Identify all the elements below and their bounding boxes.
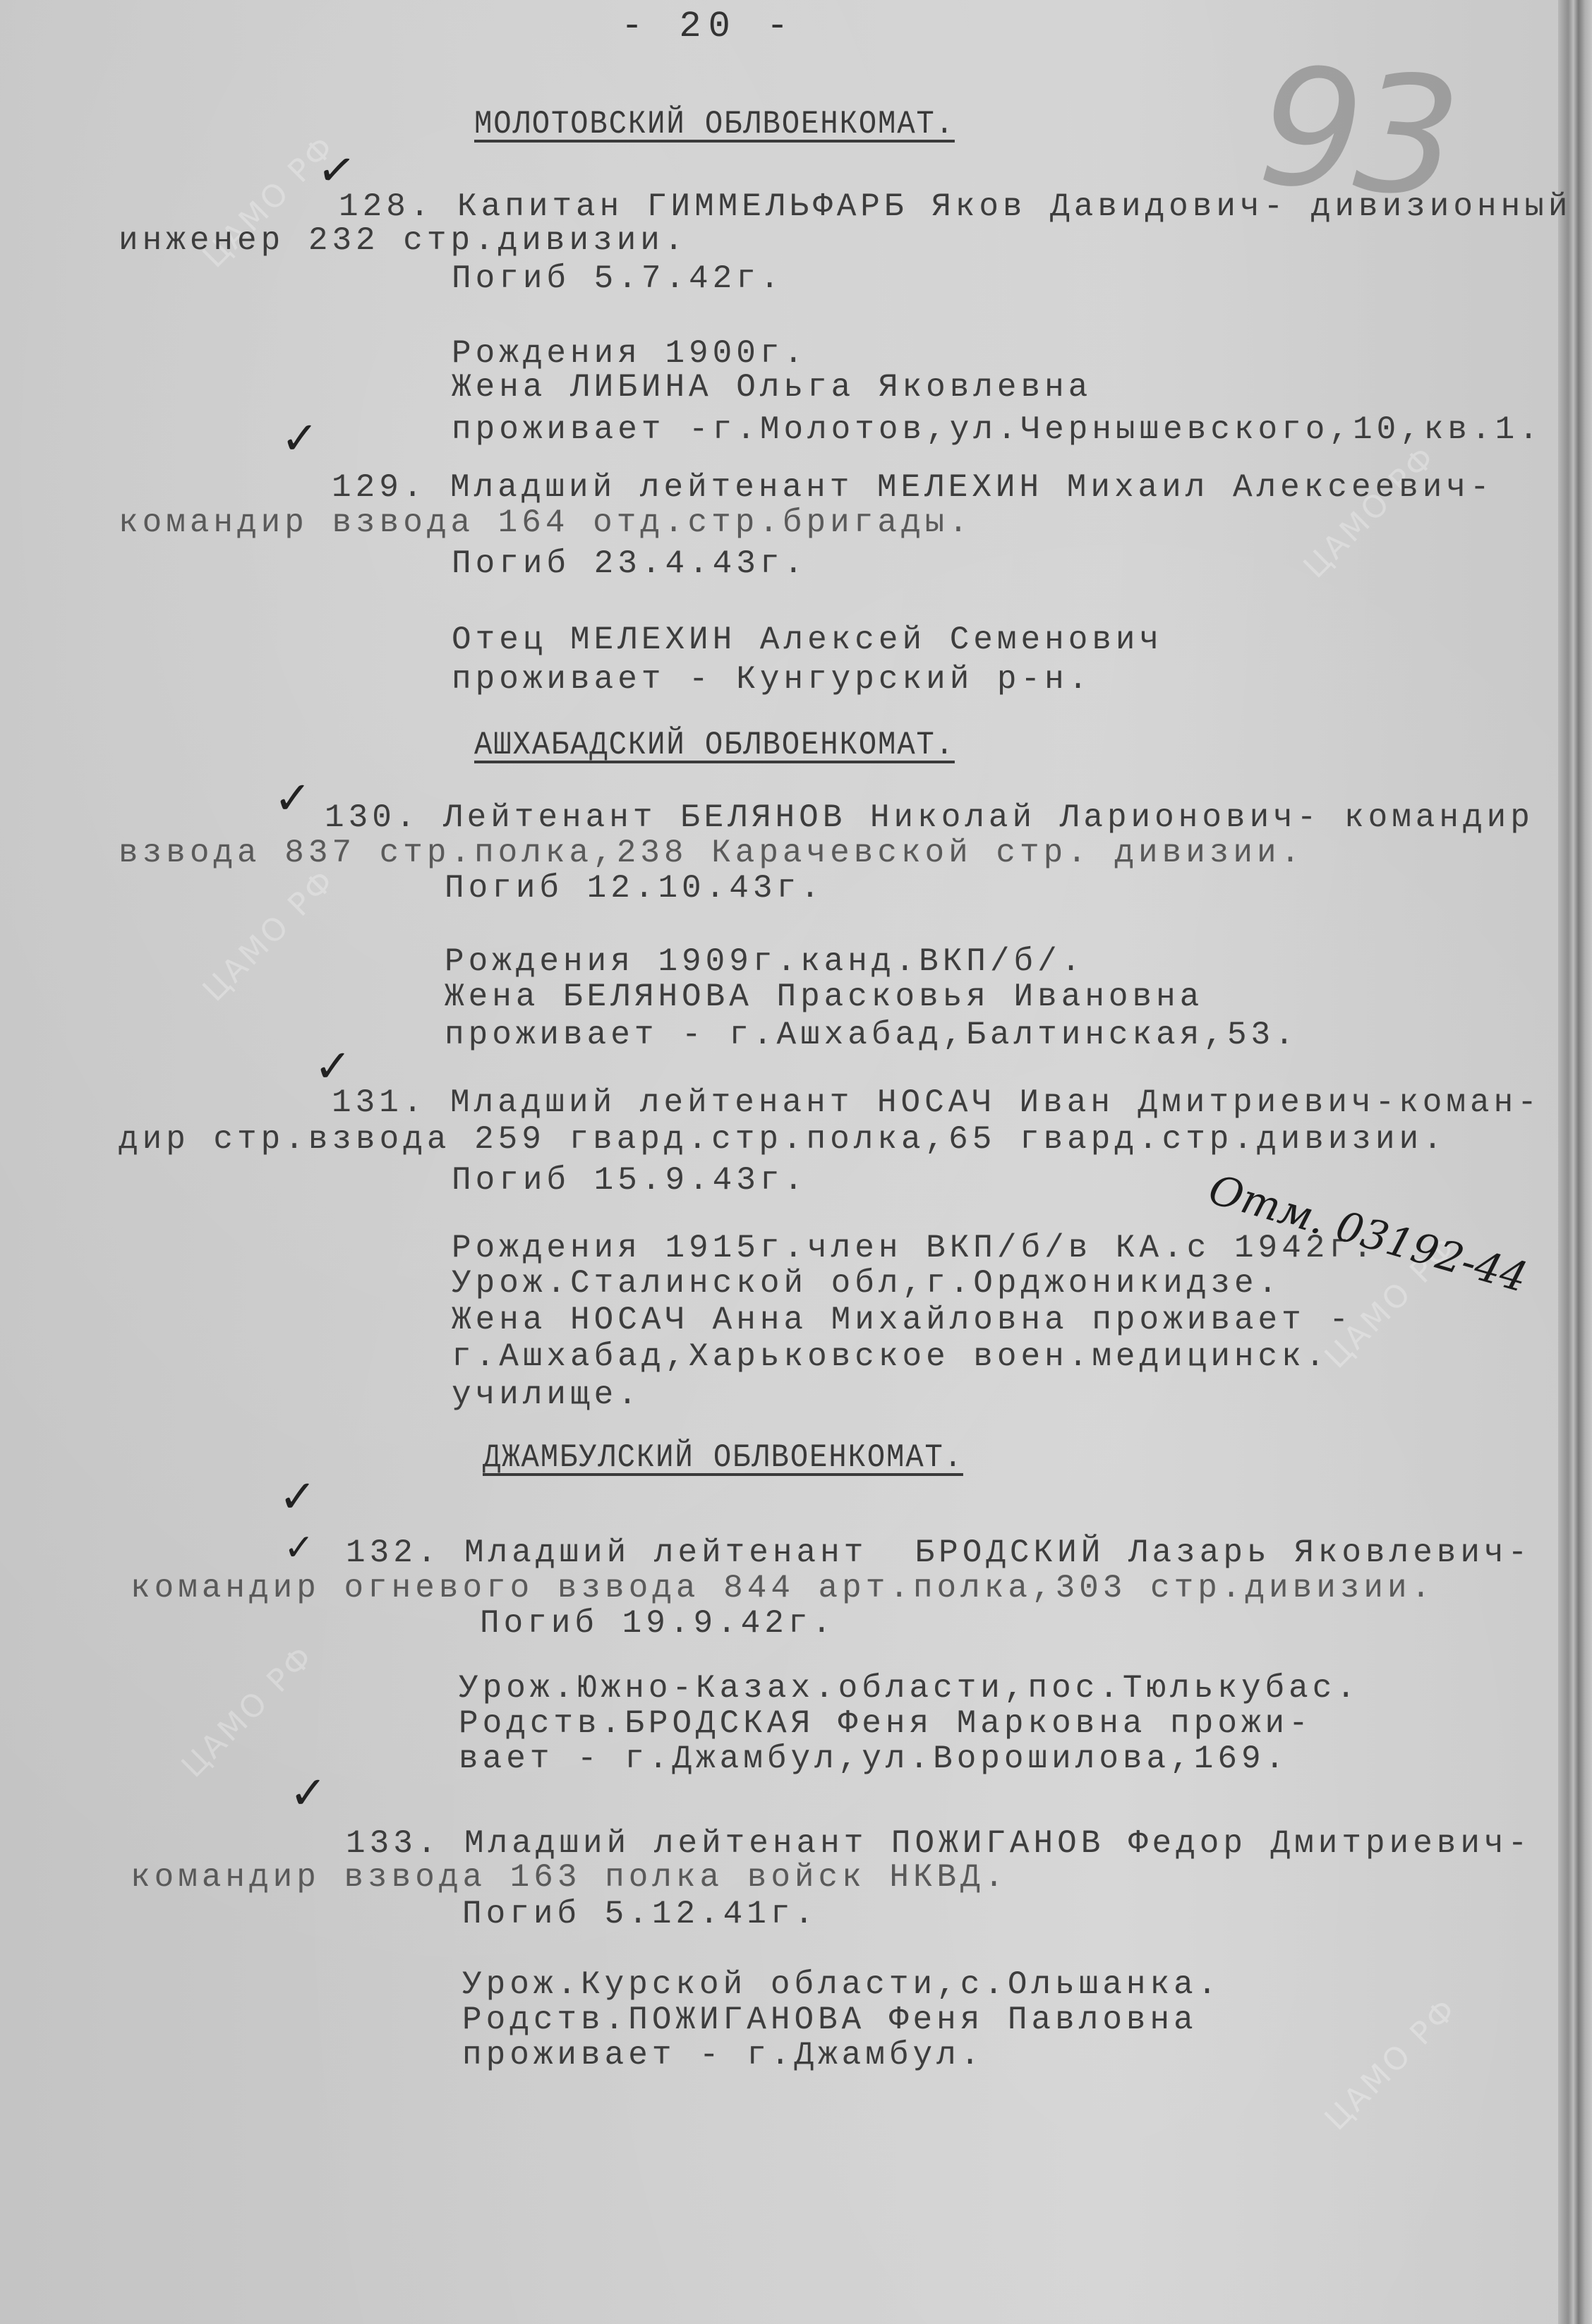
entry-line: дир стр.взвода 259 гвард.стр.полка,65 гв… — [119, 1123, 1447, 1156]
entry-line: Жена ЛИБИНА Ольга Яковлевна — [452, 371, 1092, 404]
entry-line: Рождения 1900г. — [452, 337, 807, 370]
page-number: - 20 - — [621, 6, 795, 47]
entry-line: 133. Младший лейтенант ПОЖИГАНОВ Федор Д… — [346, 1827, 1531, 1860]
section-heading: МОЛОТОВСКИЙ ОБЛВОЕНКОМАТ. — [474, 106, 955, 143]
checkmark-icon: ✓ — [289, 1771, 327, 1816]
checkmark-icon: ✓ — [274, 776, 312, 821]
entry-line: командир огневого взвода 844 арт.полка,3… — [131, 1572, 1435, 1604]
watermark: ЦАМО РФ — [196, 861, 343, 1008]
watermark: ЦАМО РФ — [1318, 1990, 1465, 2137]
entry-line: взвода 837 стр.полка,238 Карачевской стр… — [119, 837, 1304, 869]
entry-line: училище. — [452, 1379, 641, 1411]
entry-line: вает - г.Джамбул,ул.Ворошилова,169. — [459, 1743, 1289, 1775]
entry-line: 128. Капитан ГИММЕЛЬФАРБ Яков Давидович-… — [339, 190, 1572, 223]
document-page: ЦАМО РФ ЦАМО РФ ЦАМО РФ ЦАМО РФ ЦАМО РФ … — [0, 0, 1592, 2324]
entry-line: Погиб 15.9.43г. — [452, 1164, 807, 1197]
checkmark-icon: ✓ — [284, 1530, 315, 1566]
entry-line: 132. Младший лейтенант БРОДСКИЙ Лазарь Я… — [346, 1537, 1531, 1569]
entry-line: Отец МЕЛЕХИН Алексей Семенович — [452, 624, 1163, 656]
entry-line: Рождения 1915г.член ВКП/б/в КА.с 1942г. — [452, 1232, 1377, 1264]
entry-line: Погиб 5.12.41г. — [462, 1898, 818, 1930]
entry-line: командир взвода 164 отд.стр.бригады. — [119, 507, 972, 539]
entry-line: 131. Младший лейтенант НОСАЧ Иван Дмитри… — [332, 1087, 1541, 1119]
entry-line: Погиб 19.9.42г. — [480, 1607, 836, 1640]
checkmark-icon: ✓ — [279, 1475, 317, 1520]
entry-line: Жена БЕЛЯНОВА Прасковья Ивановна — [445, 981, 1203, 1013]
entry-line: Погиб 12.10.43г. — [445, 872, 824, 904]
entry-line: Урож.Южно-Казах.области,пос.Тюлькубас. — [459, 1672, 1360, 1705]
section-heading: АШХАБАДСКИЙ ОБЛВОЕНКОМАТ. — [474, 727, 955, 763]
checkmark-icon: ✓ — [314, 1044, 352, 1089]
entry-line: Урож.Курской области,с.Ольшанка. — [462, 1968, 1221, 2001]
entry-line: Рождения 1909г.канд.ВКП/б/. — [445, 945, 1085, 978]
page-binding-edge — [1558, 0, 1592, 2324]
entry-line: Родств.ПОЖИГАНОВА Феня Павловна — [462, 2004, 1198, 2036]
entry-line: Погиб 5.7.42г. — [452, 262, 783, 295]
watermark: ЦАМО РФ — [175, 1638, 322, 1784]
watermark: ЦАМО РФ — [1297, 438, 1444, 585]
entry-line: Жена НОСАЧ Анна Михайловна проживает - — [452, 1304, 1353, 1336]
entry-line: Родств.БРОДСКАЯ Феня Марковна прожи- — [459, 1707, 1313, 1740]
entry-line: командир взвода 163 полка войск НКВД. — [131, 1861, 1008, 1894]
checkmark-icon: ✓ — [281, 416, 319, 461]
entry-line: инженер 232 стр.дивизии. — [119, 224, 688, 257]
entry-line: проживает -г.Молотов,ул.Чернышевского,10… — [452, 413, 1543, 446]
entry-line: проживает - г.Ашхабад,Балтинская,53. — [445, 1019, 1298, 1051]
entry-line: 130. Лейтенант БЕЛЯНОВ Николай Ларионови… — [325, 801, 1534, 834]
entry-line: проживает - Кунгурский р-н. — [452, 663, 1092, 696]
section-heading: ДЖАМБУЛСКИЙ ОБЛВОЕНКОМАТ. — [483, 1439, 963, 1476]
entry-line: 129. Младший лейтенант МЕЛЕХИН Михаил Ал… — [332, 471, 1494, 504]
entry-line: г.Ашхабад,Харьковское воен.медицинск. — [452, 1340, 1329, 1373]
entry-line: Урож.Сталинской обл,г.Орджоникидзе. — [452, 1267, 1282, 1300]
entry-line: проживает - г.Джамбул. — [462, 2039, 984, 2071]
entry-line: Погиб 23.4.43г. — [452, 547, 807, 580]
